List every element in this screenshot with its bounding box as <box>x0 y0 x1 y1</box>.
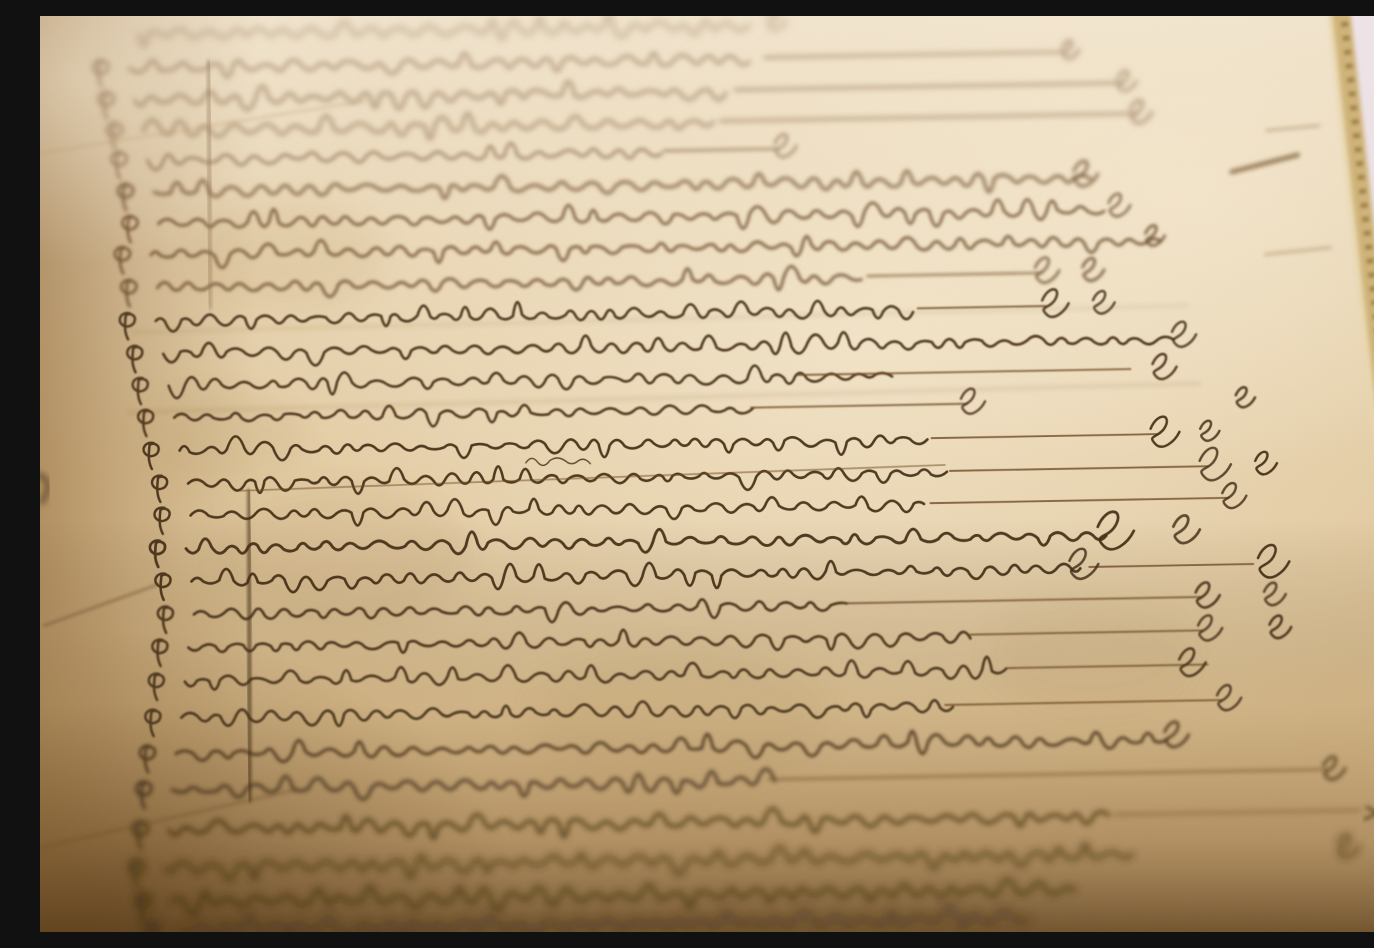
manuscript-photo: photograph of a handwritten manuscript p… <box>40 16 1374 932</box>
manuscript-render <box>40 16 1374 932</box>
